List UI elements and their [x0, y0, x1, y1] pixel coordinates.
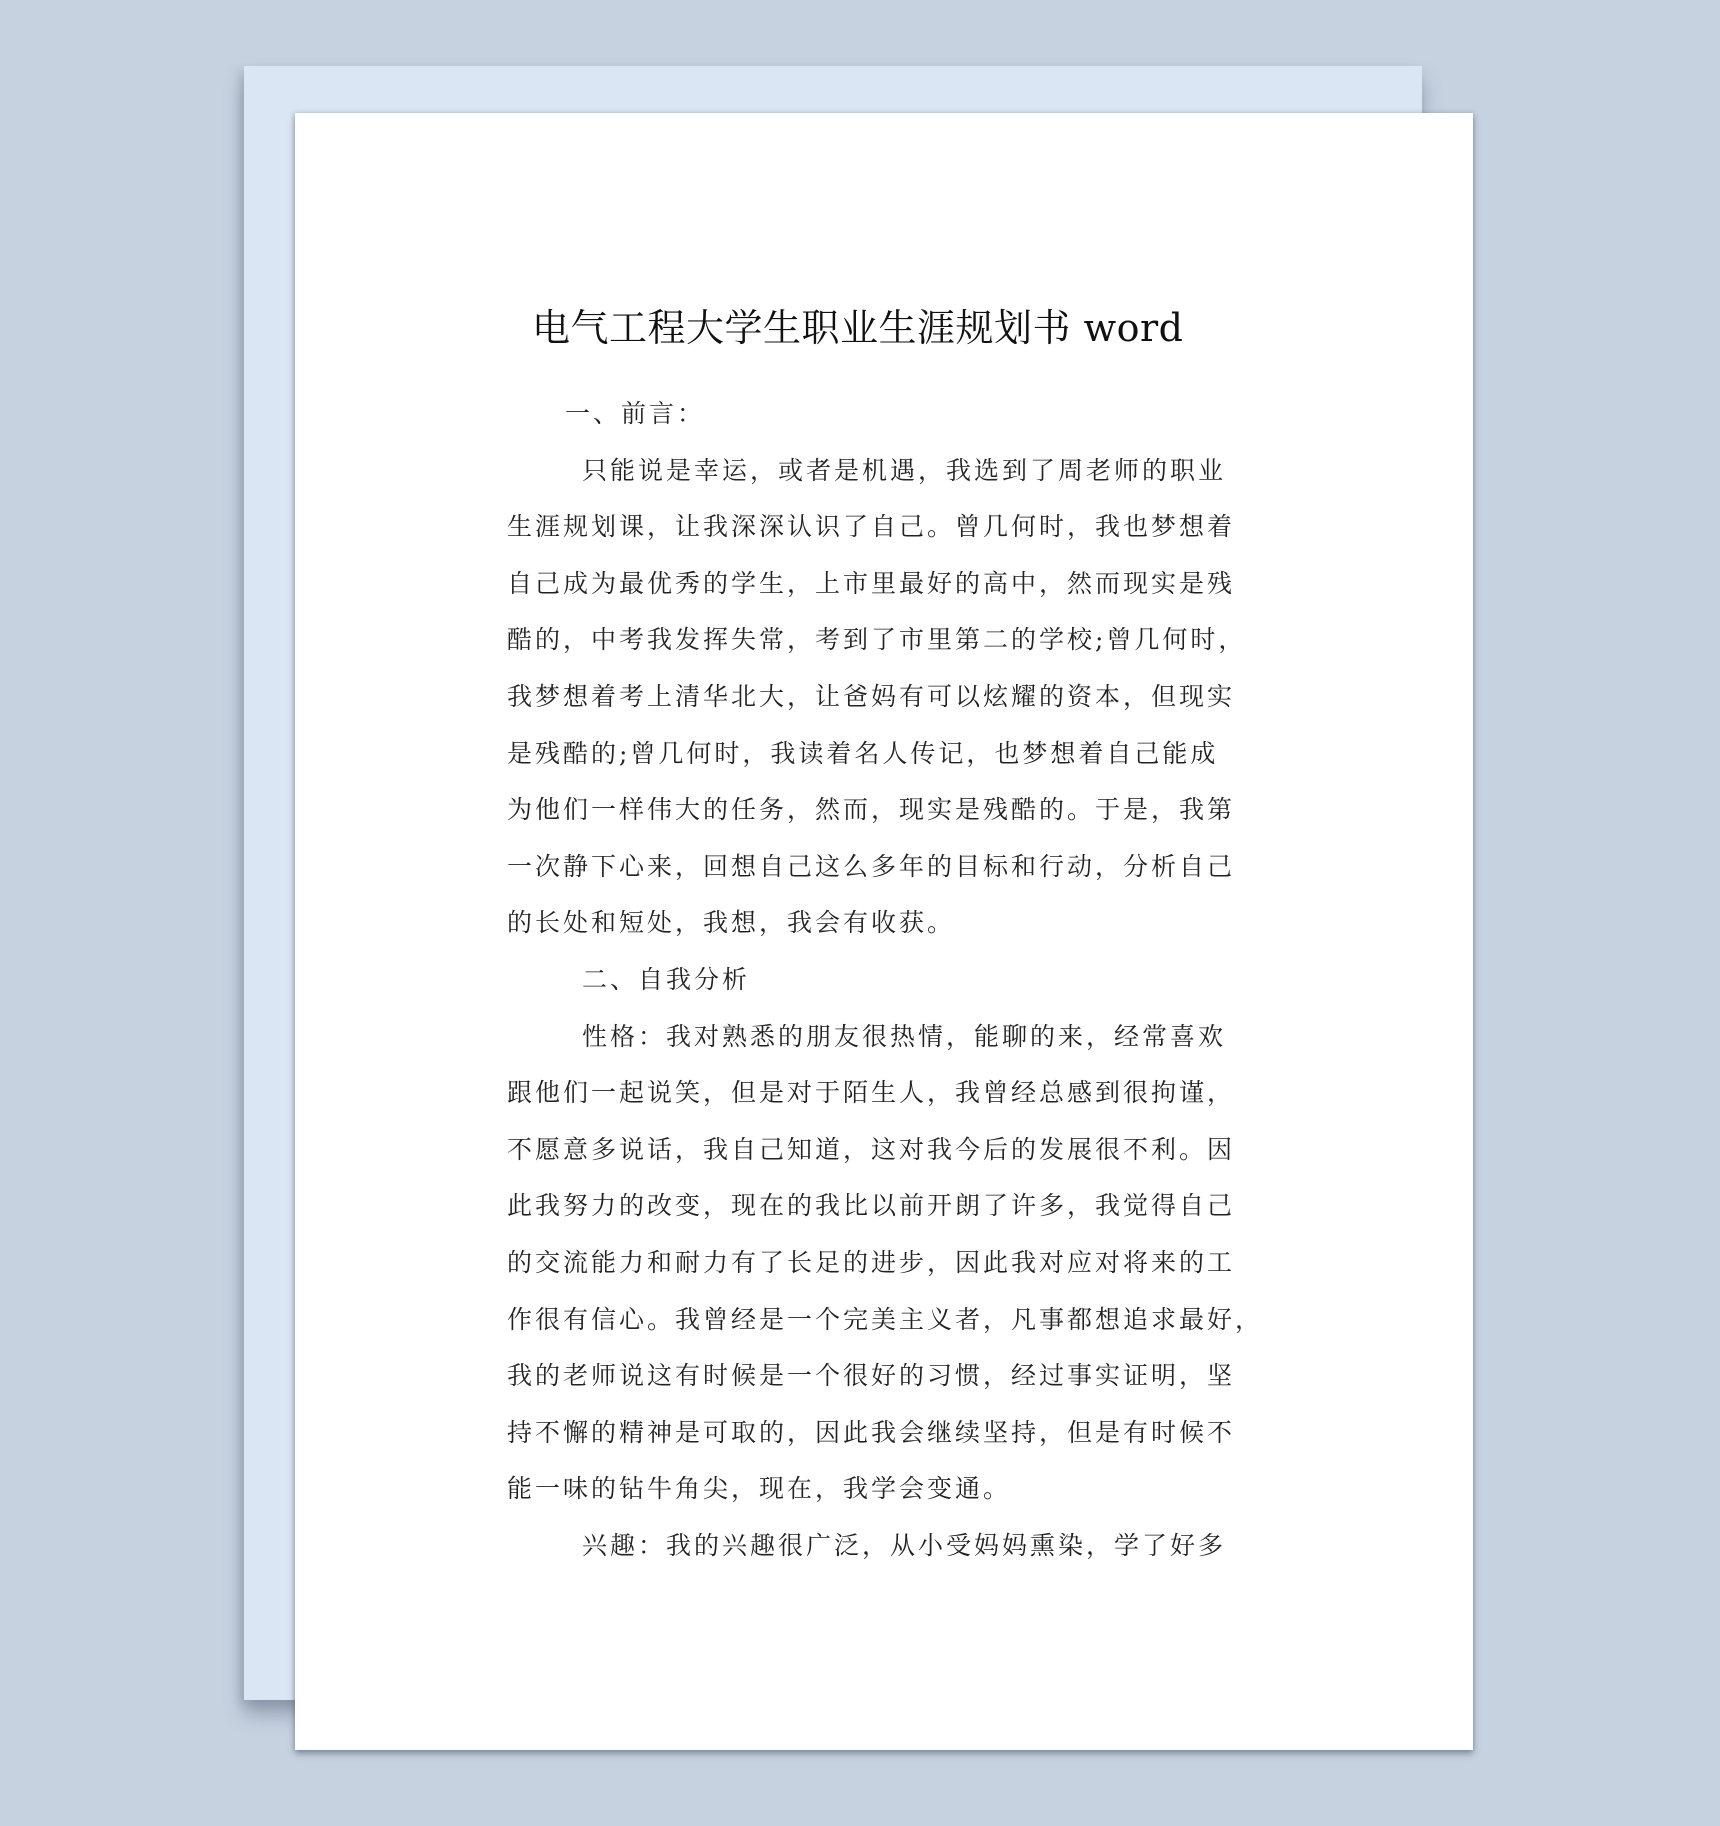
paragraph-line: 我梦想着考上清华北大，让爸妈有可以炫耀的资本，但现实	[507, 669, 1277, 726]
section-heading-preface: 一、前言：	[507, 386, 1277, 443]
paragraph-line: 的交流能力和耐力有了长足的进步，因此我对应对将来的工	[507, 1235, 1277, 1292]
document-page: 电气工程大学生职业生涯规划书 word 一、前言： 只能说是幸运，或者是机遇，我…	[295, 113, 1473, 1750]
paragraph-line: 自己成为最优秀的学生，上市里最好的高中，然而现实是残	[507, 556, 1277, 613]
paragraph-line: 跟他们一起说笑，但是对于陌生人，我曾经总感到很拘谨，	[507, 1065, 1277, 1122]
document-title: 电气工程大学生职业生涯规划书 word	[532, 305, 1252, 351]
paragraph-line: 为他们一样伟大的任务，然而，现实是残酷的。于是，我第	[507, 782, 1277, 839]
paragraph-line: 只能说是幸运，或者是机遇，我选到了周老师的职业	[507, 443, 1277, 500]
paragraph-line: 作很有信心。我曾经是一个完美主义者，凡事都想追求最好，	[507, 1292, 1277, 1349]
paragraph-line: 能一味的钻牛角尖，现在，我学会变通。	[507, 1461, 1277, 1518]
paragraph-line: 的长处和短处，我想，我会有收获。	[507, 895, 1277, 952]
paragraph-line: 酷的，中考我发挥失常，考到了市里第二的学校;曾几何时，	[507, 612, 1277, 669]
paragraph-line: 兴趣：我的兴趣很广泛，从小受妈妈熏染，学了好多	[507, 1518, 1277, 1575]
paragraph-line: 此我努力的改变，现在的我比以前开朗了许多，我觉得自己	[507, 1178, 1277, 1235]
section-heading-self-analysis: 二、自我分析	[507, 952, 1277, 1009]
paragraph-line: 生涯规划课，让我深深认识了自己。曾几何时，我也梦想着	[507, 499, 1277, 556]
paragraph-line: 是残酷的;曾几何时，我读着名人传记，也梦想着自己能成	[507, 726, 1277, 783]
paragraph-line: 性格：我对熟悉的朋友很热情，能聊的来，经常喜欢	[507, 1009, 1277, 1066]
paragraph-line: 一次静下心来，回想自己这么多年的目标和行动，分析自己	[507, 839, 1277, 896]
document-body: 一、前言： 只能说是幸运，或者是机遇，我选到了周老师的职业 生涯规划课，让我深深…	[507, 386, 1277, 1574]
paragraph-line: 我的老师说这有时候是一个很好的习惯，经过事实证明，坚	[507, 1348, 1277, 1405]
paragraph-line: 不愿意多说话，我自己知道，这对我今后的发展很不利。因	[507, 1122, 1277, 1179]
paragraph-line: 持不懈的精神是可取的，因此我会继续坚持，但是有时候不	[507, 1405, 1277, 1462]
